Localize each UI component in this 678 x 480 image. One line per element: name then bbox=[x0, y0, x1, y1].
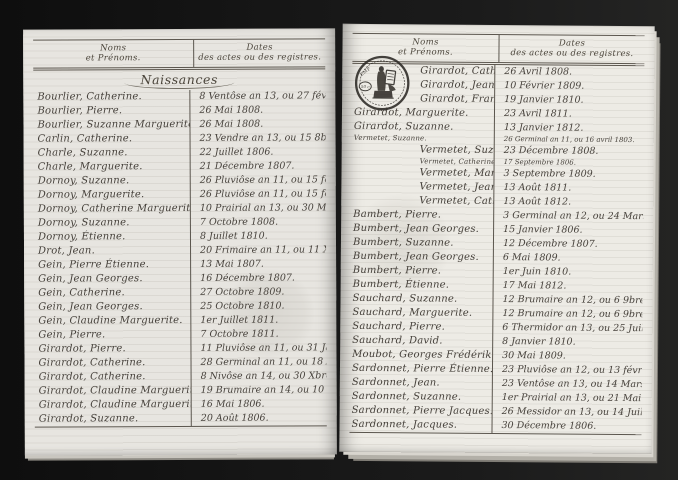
entry-name: Girardot, Suzanne. bbox=[35, 412, 191, 427]
entry-name: Gein, Claudine Marguerite. bbox=[34, 314, 190, 329]
entry-date: 11 Pluviôse an 11, ou 31 Janvier 1803. bbox=[190, 341, 326, 356]
entry-name: Sauchard, David. bbox=[350, 334, 492, 349]
entry-date: 12 Brumaire an 12, ou 6 9bre 1804. bbox=[492, 293, 642, 308]
header-dates-line2: des actes ou des registres. bbox=[196, 52, 323, 63]
entry-name: Bourlier, Catherine. bbox=[33, 90, 189, 105]
entry-date: 16 Mai 1806. bbox=[191, 397, 327, 412]
register-row: Girardot, Catherine.28 Germinal an 11, o… bbox=[34, 355, 326, 370]
entry-date: 13 Mai 1807. bbox=[190, 257, 326, 272]
register-row: Dornoy, Catherine Marguerite.10 Prairial… bbox=[34, 201, 326, 216]
column-header-dates: Dates des actes ou des registres. bbox=[193, 39, 325, 67]
header-dates-line2: des actes ou des registres. bbox=[501, 48, 642, 59]
entry-date: 17 Mai 1812. bbox=[493, 279, 643, 294]
entry-name: Girardot, Claudine Marguerite. bbox=[35, 398, 191, 413]
entry-date: 21 Décembre 1807. bbox=[190, 159, 326, 174]
register-row: Gein, Claudine Marguerite.1er Juillet 18… bbox=[34, 313, 326, 328]
entry-name: Charle, Suzanne. bbox=[34, 146, 190, 161]
column-header-dates: Dates des actes ou des registres. bbox=[498, 35, 644, 63]
entry-date: 23 Pluviôse an 12, ou 13 février 1804. bbox=[492, 363, 642, 378]
entry-date: 12 Décembre 1807. bbox=[493, 237, 643, 252]
register-row: Girardot, Pierre.11 Pluviôse an 11, ou 3… bbox=[34, 341, 326, 356]
entry-date: 6 Thermidor an 13, ou 25 Juillet 1805. bbox=[492, 321, 642, 336]
register-row: Dornoy, Étienne.8 Juillet 1810. bbox=[34, 229, 326, 244]
entry-date: 3 Septembre 1809. bbox=[493, 167, 643, 182]
register-row: Girardot, Catherine.8 Nivôse an 14, ou 3… bbox=[35, 369, 327, 384]
entry-name: Moubot, Georges Frédérik. bbox=[350, 348, 492, 363]
register-row: Gein, Pierre.7 Octobre 1811. bbox=[34, 327, 326, 342]
entry-name: Bumbert, Étienne. bbox=[351, 278, 493, 293]
entry-date: 28 Germinal an 11, ou 18 Avril 1803. bbox=[190, 355, 326, 370]
entries-right: Girardot, Catherine.26 Avril 1808.Girard… bbox=[349, 64, 644, 435]
entry-date: 8 Janvier 1810. bbox=[492, 335, 642, 350]
entry-date: 26 Pluviôse an 11, ou 15 février 1803. bbox=[190, 187, 326, 202]
entry-name: Dornoy, Étienne. bbox=[34, 230, 190, 245]
entry-name: Gein, Pierre. bbox=[34, 328, 190, 343]
entry-date: 16 Décembre 1807. bbox=[190, 271, 326, 286]
register-row: Bourlier, Catherine.8 Ventôse an 13, ou … bbox=[33, 89, 325, 104]
register-row: Gein, Jean Georges.16 Décembre 1807. bbox=[34, 271, 326, 286]
entry-date: 6 Mai 1809. bbox=[493, 251, 643, 266]
register-row: Bourlier, Suzanne Marguerite.26 Mai 1808… bbox=[33, 117, 325, 132]
header-names-line1: Noms bbox=[35, 43, 191, 54]
register-row: Bourlier, Pierre.26 Mai 1808. bbox=[33, 103, 325, 118]
entry-date: 13 Août 1811. bbox=[493, 181, 643, 196]
register-row: Carlin, Catherine.23 Vendre an 13, ou 15… bbox=[34, 131, 326, 146]
entry-date: 7 Octobre 1811. bbox=[190, 327, 326, 342]
header-names-line2: et Prénoms. bbox=[35, 53, 191, 64]
entry-name: Dornoy, Catherine Marguerite. bbox=[34, 202, 190, 217]
revenue-stamp-icon: 50 c EMP bbox=[353, 54, 411, 112]
entry-name: Sardonnet, Suzanne. bbox=[350, 390, 492, 405]
entry-name: Sauchard, Marguerite. bbox=[350, 306, 492, 321]
register-row: Charle, Marguerite.21 Décembre 1807. bbox=[34, 159, 326, 174]
entry-name: Bumbert, Pierre. bbox=[351, 264, 493, 279]
entry-date: 10 Février 1809. bbox=[494, 79, 644, 94]
entry-date: 26 Mai 1808. bbox=[189, 117, 325, 132]
entry-name: Girardot, Pierre. bbox=[34, 342, 190, 357]
entry-date: 8 Ventôse an 13, ou 27 février 1805. bbox=[189, 89, 325, 104]
entry-date: 19 Brumaire an 14, ou 10 9bre 1805. bbox=[191, 383, 327, 398]
entry-date: 30 Mai 1809. bbox=[492, 349, 642, 364]
register-scan: Noms et Prénoms. Dates des actes ou des … bbox=[0, 0, 678, 480]
entry-name: Bourlier, Pierre. bbox=[33, 104, 189, 119]
entry-name: Sardonnet, Pierre Jacques. bbox=[350, 404, 492, 419]
entry-name: Sauchard, Suzanne. bbox=[350, 292, 492, 307]
column-header-names: Noms et Prénoms. bbox=[33, 40, 193, 68]
entry-date: 3 Germinal an 12, ou 24 Mars 1804. bbox=[493, 209, 643, 224]
entry-name: Dornoy, Marguerite. bbox=[34, 188, 190, 203]
section-title-text: Naissances bbox=[124, 72, 234, 89]
register-row: Charle, Suzanne.22 Juillet 1806. bbox=[34, 145, 326, 160]
entry-name: Vermetet, Catherine. bbox=[351, 194, 493, 209]
header-dates-line1: Dates bbox=[196, 42, 323, 53]
register-page-left: Noms et Prénoms. Dates des actes ou des … bbox=[23, 28, 337, 455]
register-row: Girardot, Claudine Marguerite.16 Mai 180… bbox=[35, 397, 327, 412]
entry-date: 23 Vendre an 13, ou 15 8bre 1804. bbox=[190, 131, 326, 146]
entry-name: Sauchard, Pierre. bbox=[350, 320, 492, 335]
entry-name: Girardot, Claudine Marguerite. bbox=[35, 384, 191, 399]
entry-name: Girardot, Catherine. bbox=[35, 370, 191, 385]
entry-date: 19 Janvier 1810. bbox=[494, 93, 644, 108]
entry-name: Sardonnet, Pierre Étienne. bbox=[350, 362, 492, 377]
register-page-right: Noms et Prénoms. Dates des actes ou des … bbox=[339, 24, 654, 454]
entry-name: Bumbert, Jean Georges. bbox=[351, 250, 493, 265]
entry-date: 25 Octobre 1810. bbox=[190, 299, 326, 314]
register-row: Dornoy, Suzanne.7 Octobre 1808. bbox=[34, 215, 326, 230]
entry-date: 26 Avril 1808. bbox=[494, 65, 644, 80]
entry-date: 26 Mai 1808. bbox=[189, 103, 325, 118]
entry-name: Gein, Pierre Étienne. bbox=[34, 258, 190, 273]
entry-date: 1er Juin 1810. bbox=[493, 265, 643, 280]
entry-name: Charle, Marguerite. bbox=[34, 160, 190, 175]
entry-date: 23 Décembre 1808. bbox=[494, 144, 644, 159]
register-row: Dornoy, Marguerite.26 Pluviôse an 11, ou… bbox=[34, 187, 326, 202]
entry-date: 15 Janvier 1806. bbox=[493, 223, 643, 238]
register-row: Gein, Jean Georges.25 Octobre 1810. bbox=[34, 299, 326, 314]
entry-name: Bambert, Pierre. bbox=[351, 208, 493, 223]
entry-name: Sardonnet, Jacques. bbox=[349, 418, 491, 433]
entry-date: 13 Janvier 1812. bbox=[494, 121, 644, 136]
entry-name: Gein, Jean Georges. bbox=[34, 272, 190, 287]
entry-date: 23 Ventôse an 13, ou 14 Mars 1805. bbox=[492, 377, 642, 392]
entry-name: Sardonnet, Jean. bbox=[350, 376, 492, 391]
entry-date: 13 Août 1812. bbox=[493, 195, 643, 210]
entry-date: 26 Pluviôse an 11, ou 15 février 1803. bbox=[190, 173, 326, 188]
entry-date: 20 Frimaire an 11, ou 11 Xbre 1802. bbox=[190, 243, 326, 258]
entry-name: Drot, Jean. bbox=[34, 244, 190, 259]
table-frame: Noms et Prénoms. Dates des actes ou des … bbox=[33, 38, 327, 427]
entry-name: Vermetet, Marguerite. bbox=[351, 166, 493, 181]
entry-name: Gein, Catherine. bbox=[34, 286, 190, 301]
entry-name: Bumbert, Suzanne. bbox=[351, 236, 493, 251]
register-row: Gein, Catherine.27 Octobre 1809. bbox=[34, 285, 326, 300]
entry-name: Dornoy, Suzanne. bbox=[34, 174, 190, 189]
section-title: Naissances bbox=[33, 69, 325, 90]
register-row: Girardot, Suzanne.20 Août 1806. bbox=[35, 411, 327, 426]
entry-date: 30 Décembre 1806. bbox=[491, 419, 641, 434]
entry-date: 7 Octobre 1808. bbox=[190, 215, 326, 230]
entry-date: 8 Juillet 1810. bbox=[190, 229, 326, 244]
entry-date: 20 Août 1806. bbox=[191, 411, 327, 426]
entry-name: Bourlier, Suzanne Marguerite. bbox=[33, 118, 189, 133]
entry-name: Girardot, Catherine. bbox=[34, 356, 190, 371]
entry-name: Bumbert, Jean Georges. bbox=[351, 222, 493, 237]
entry-date: 8 Nivôse an 14, ou 30 Xbre 1805. bbox=[191, 369, 327, 384]
entry-name: Vermetet, Jean Claude. bbox=[351, 180, 493, 195]
entry-date: 1er Juillet 1811. bbox=[190, 313, 326, 328]
register-row: Dornoy, Suzanne.26 Pluviôse an 11, ou 15… bbox=[34, 173, 326, 188]
entry-date: 26 Messidor an 13, ou 14 Juillet 1805. bbox=[492, 405, 642, 420]
entry-name: Gein, Jean Georges. bbox=[34, 300, 190, 315]
register-row: Gein, Pierre Étienne.13 Mai 1807. bbox=[34, 257, 326, 272]
entry-date: 1er Prairial an 13, ou 21 Mai 1805. bbox=[492, 391, 642, 406]
entry-date: 12 Brumaire an 12, ou 6 9bre 1803. bbox=[492, 307, 642, 322]
entry-name: Girardot, Suzanne. bbox=[352, 120, 494, 135]
stamp-value: 50 c bbox=[361, 84, 370, 89]
register-row: Sardonnet, Jacques.30 Décembre 1806. bbox=[349, 418, 641, 434]
entry-date: 22 Juillet 1806. bbox=[190, 145, 326, 160]
entries-left: Bourlier, Catherine.8 Ventôse an 13, ou … bbox=[33, 89, 326, 427]
entry-date: 27 Octobre 1809. bbox=[190, 285, 326, 300]
entry-name: Carlin, Catherine. bbox=[34, 132, 190, 147]
register-row: Drot, Jean.20 Frimaire an 11, ou 11 Xbre… bbox=[34, 243, 326, 258]
entry-name: Vermetet, Suzanne. bbox=[352, 143, 494, 158]
entry-date: 10 Prairial an 13, ou 30 Mai 1805. bbox=[190, 201, 326, 216]
table-header: Noms et Prénoms. Dates des actes ou des … bbox=[33, 38, 325, 70]
entry-date: 23 Avril 1811. bbox=[494, 107, 644, 122]
register-row: Girardot, Claudine Marguerite.19 Brumair… bbox=[35, 383, 327, 398]
entry-name: Dornoy, Suzanne. bbox=[34, 216, 190, 231]
